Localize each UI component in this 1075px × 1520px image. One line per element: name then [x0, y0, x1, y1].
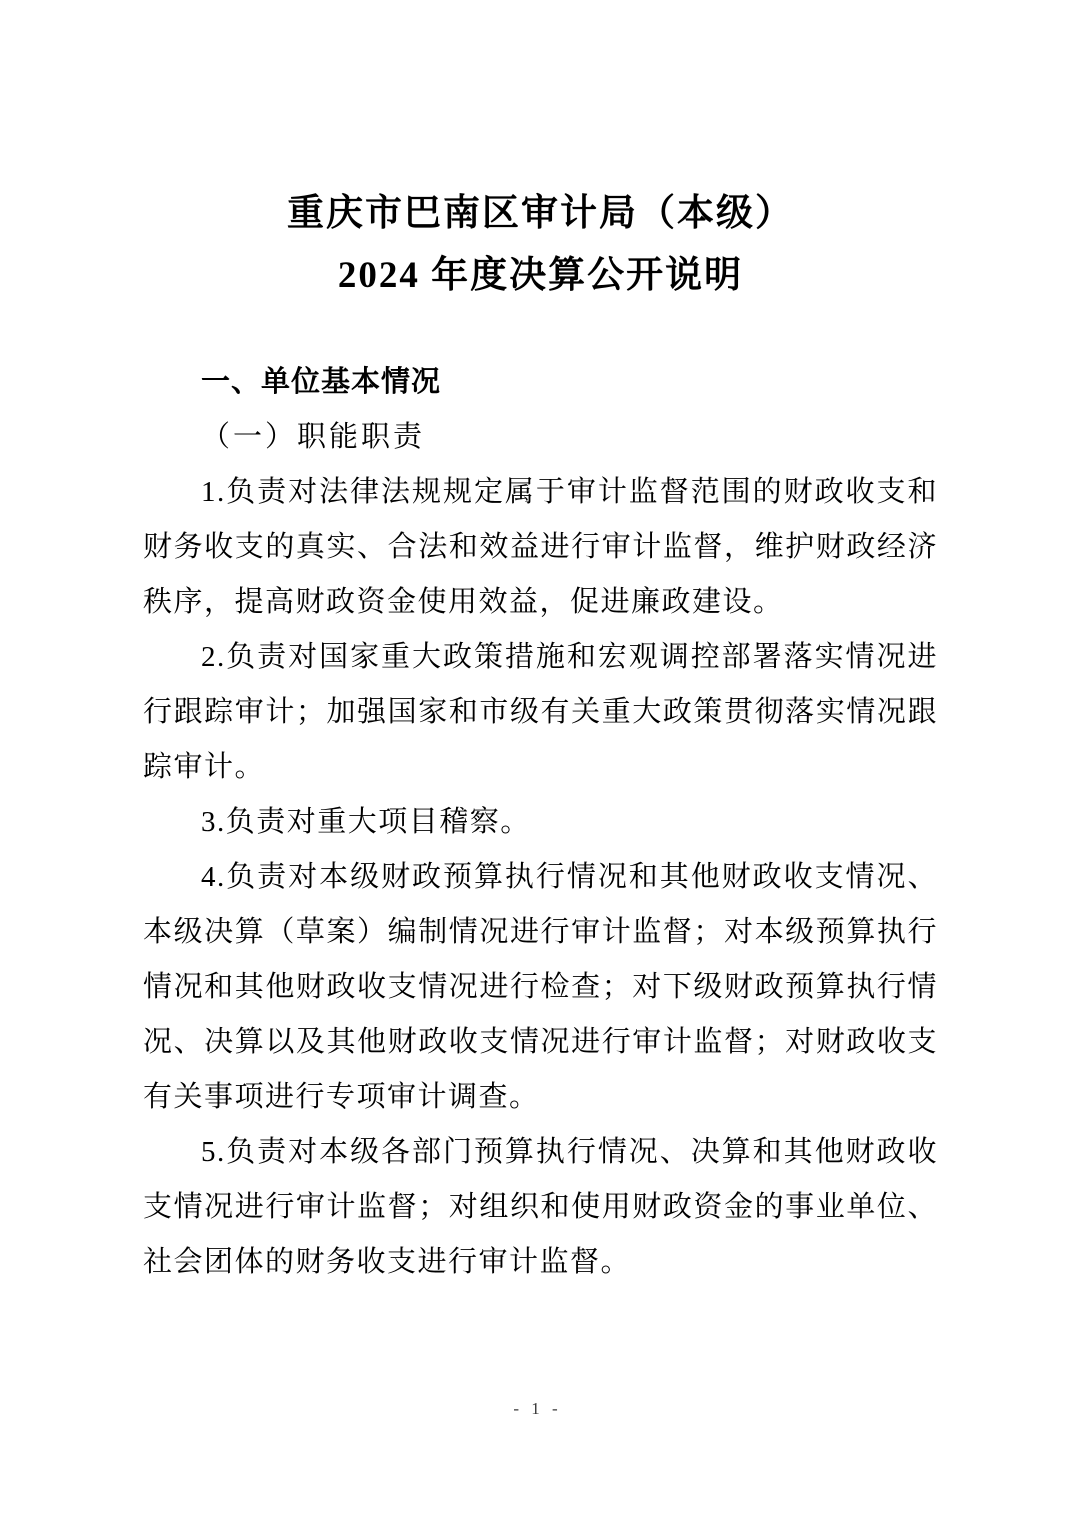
- page-number: - 1 -: [0, 1399, 1075, 1419]
- document-page: 重庆市巴南区审计局（本级） 2024 年度决算公开说明 一、单位基本情况 （一）…: [0, 0, 1075, 1520]
- body-paragraph-1: 1.负责对法律法规规定属于审计监督范围的财政收支和财务收支的真实、合法和效益进行…: [143, 465, 938, 630]
- subsection-heading-duties: （一）职能职责: [143, 410, 938, 465]
- document-title-line1: 重庆市巴南区审计局（本级）: [143, 183, 938, 245]
- body-paragraph-3: 3.负责对重大项目稽察。: [143, 795, 938, 850]
- section-heading-unit-basic-info: 一、单位基本情况: [143, 355, 938, 410]
- body-paragraph-4: 4.负责对本级财政预算执行情况和其他财政收支情况、本级决算（草案）编制情况进行审…: [143, 850, 938, 1125]
- document-title: 重庆市巴南区审计局（本级） 2024 年度决算公开说明: [143, 183, 938, 307]
- document-title-line2: 2024 年度决算公开说明: [143, 245, 938, 307]
- body-paragraph-2: 2.负责对国家重大政策措施和宏观调控部署落实情况进行跟踪审计；加强国家和市级有关…: [143, 630, 938, 795]
- body-paragraph-5: 5.负责对本级各部门预算执行情况、决算和其他财政收支情况进行审计监督；对组织和使…: [143, 1125, 938, 1290]
